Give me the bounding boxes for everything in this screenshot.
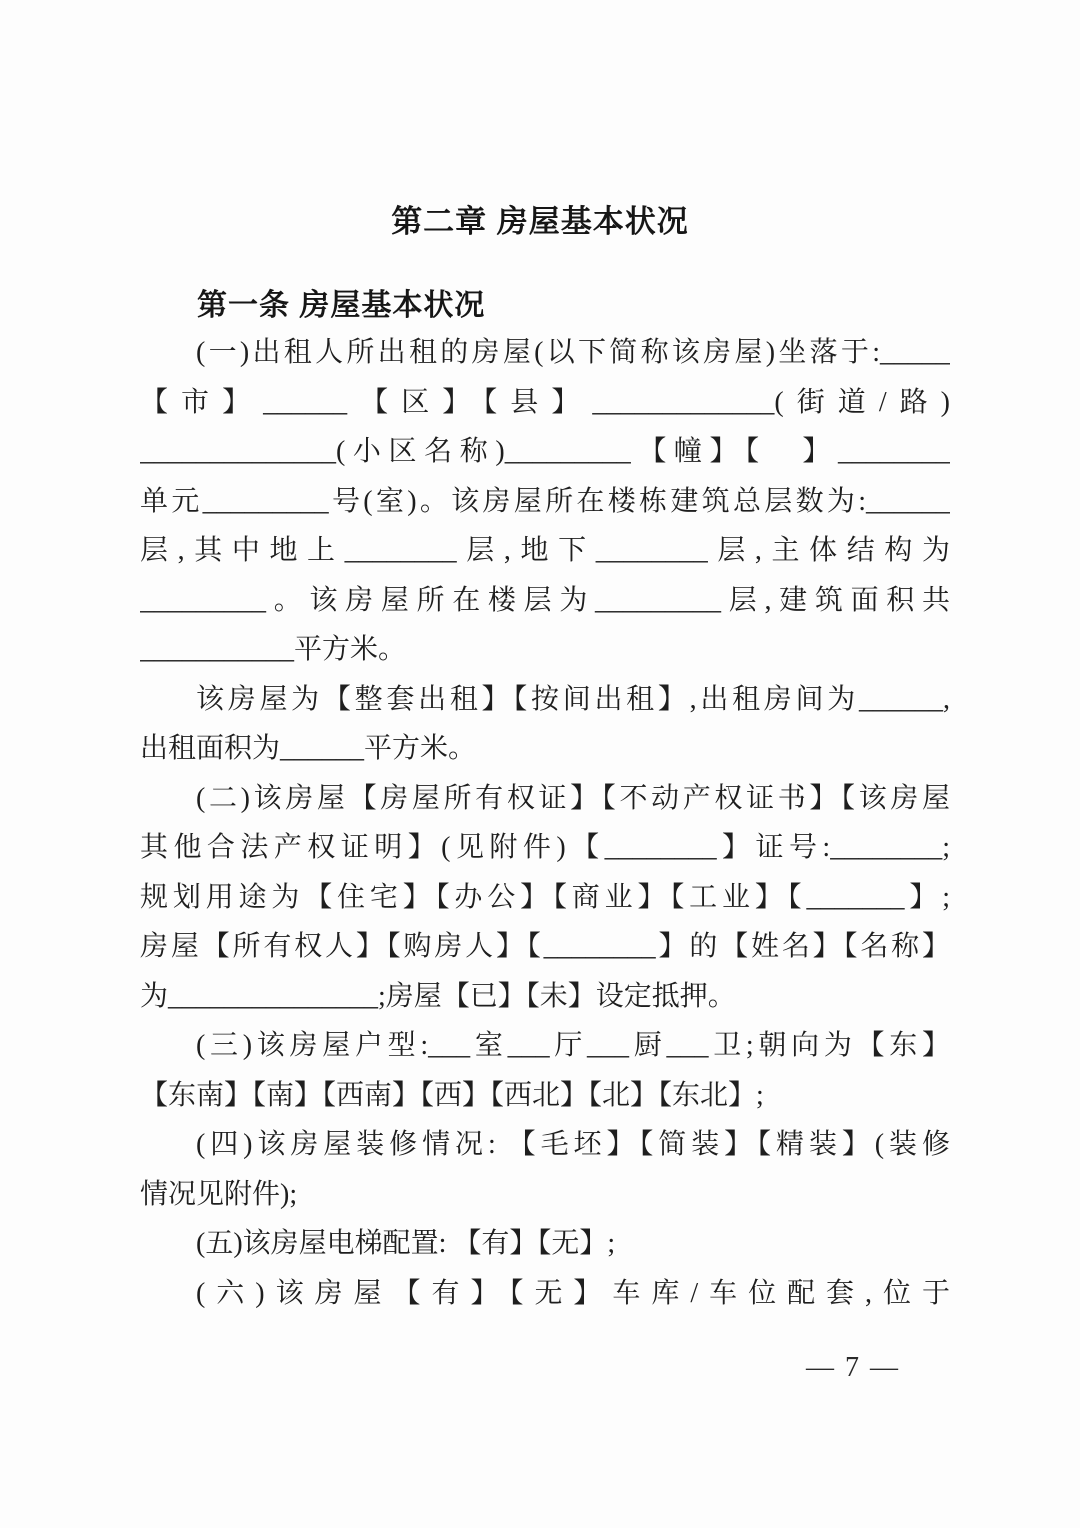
text-line: 【东南】【南】【西南】【西】【西北】【北】【东北】; (140, 1071, 950, 1121)
text-line: (三)该房屋户型:___室___厅___厨___卫;朝向为【东】 (140, 1021, 950, 1071)
text-line: _________。该房屋所在楼层为_________层,建筑面积共 (140, 576, 950, 626)
document-page: 第二章 房屋基本状况 第一条 房屋基本状况 (一)出租人所出租的房屋(以下简称该… (0, 0, 1080, 1528)
chapter-title: 第二章 房屋基本状况 (0, 196, 1080, 241)
text-line: 【市】______【区】【县】_____________(街道/路) (140, 378, 950, 428)
text-line: 该房屋为【整套出租】【按间出租】,出租房间为______, (140, 675, 950, 725)
text-line: (六)该房屋【有】【无】车库/车位配套,位于 (140, 1269, 950, 1319)
text-line: 其他合法产权证明】(见附件)【________】证号:________; (140, 823, 950, 873)
text-line: 房屋【所有权人】【购房人】【________】的【姓名】【名称】 (140, 922, 950, 972)
article-heading: 第一条 房屋基本状况 (197, 280, 485, 324)
text-line: 出租面积为______平方米。 (140, 724, 950, 774)
text-line: 为_______________;房屋【已】【未】设定抵押。 (140, 972, 950, 1022)
contract-body: (一)出租人所出租的房屋(以下简称该房屋)坐落于:_____ 【市】______… (140, 328, 950, 1318)
text-line: ______________(小区名称)_________【幢】【 】_____… (140, 427, 950, 477)
page-number: — 7 — (768, 1352, 938, 1384)
text-line: (五)该房屋电梯配置: 【有】【无】; (140, 1219, 950, 1269)
text-line: (二)该房屋【房屋所有权证】【不动产权证书】【该房屋 (140, 774, 950, 824)
text-line: 层,其中地上________层,地下________层,主体结构为 (140, 526, 950, 576)
text-line: (一)出租人所出租的房屋(以下简称该房屋)坐落于:_____ (140, 328, 950, 378)
text-line: 规划用途为【住宅】【办公】【商业】【工业】【_______】; (140, 873, 950, 923)
text-line: ___________平方米。 (140, 625, 950, 675)
text-line: 情况见附件); (140, 1170, 950, 1220)
text-line: (四)该房屋装修情况: 【毛坯】【简装】【精装】(装修 (140, 1120, 950, 1170)
text-line: 单元_________号(室)。该房屋所在楼栋建筑总层数为:______ (140, 477, 950, 527)
